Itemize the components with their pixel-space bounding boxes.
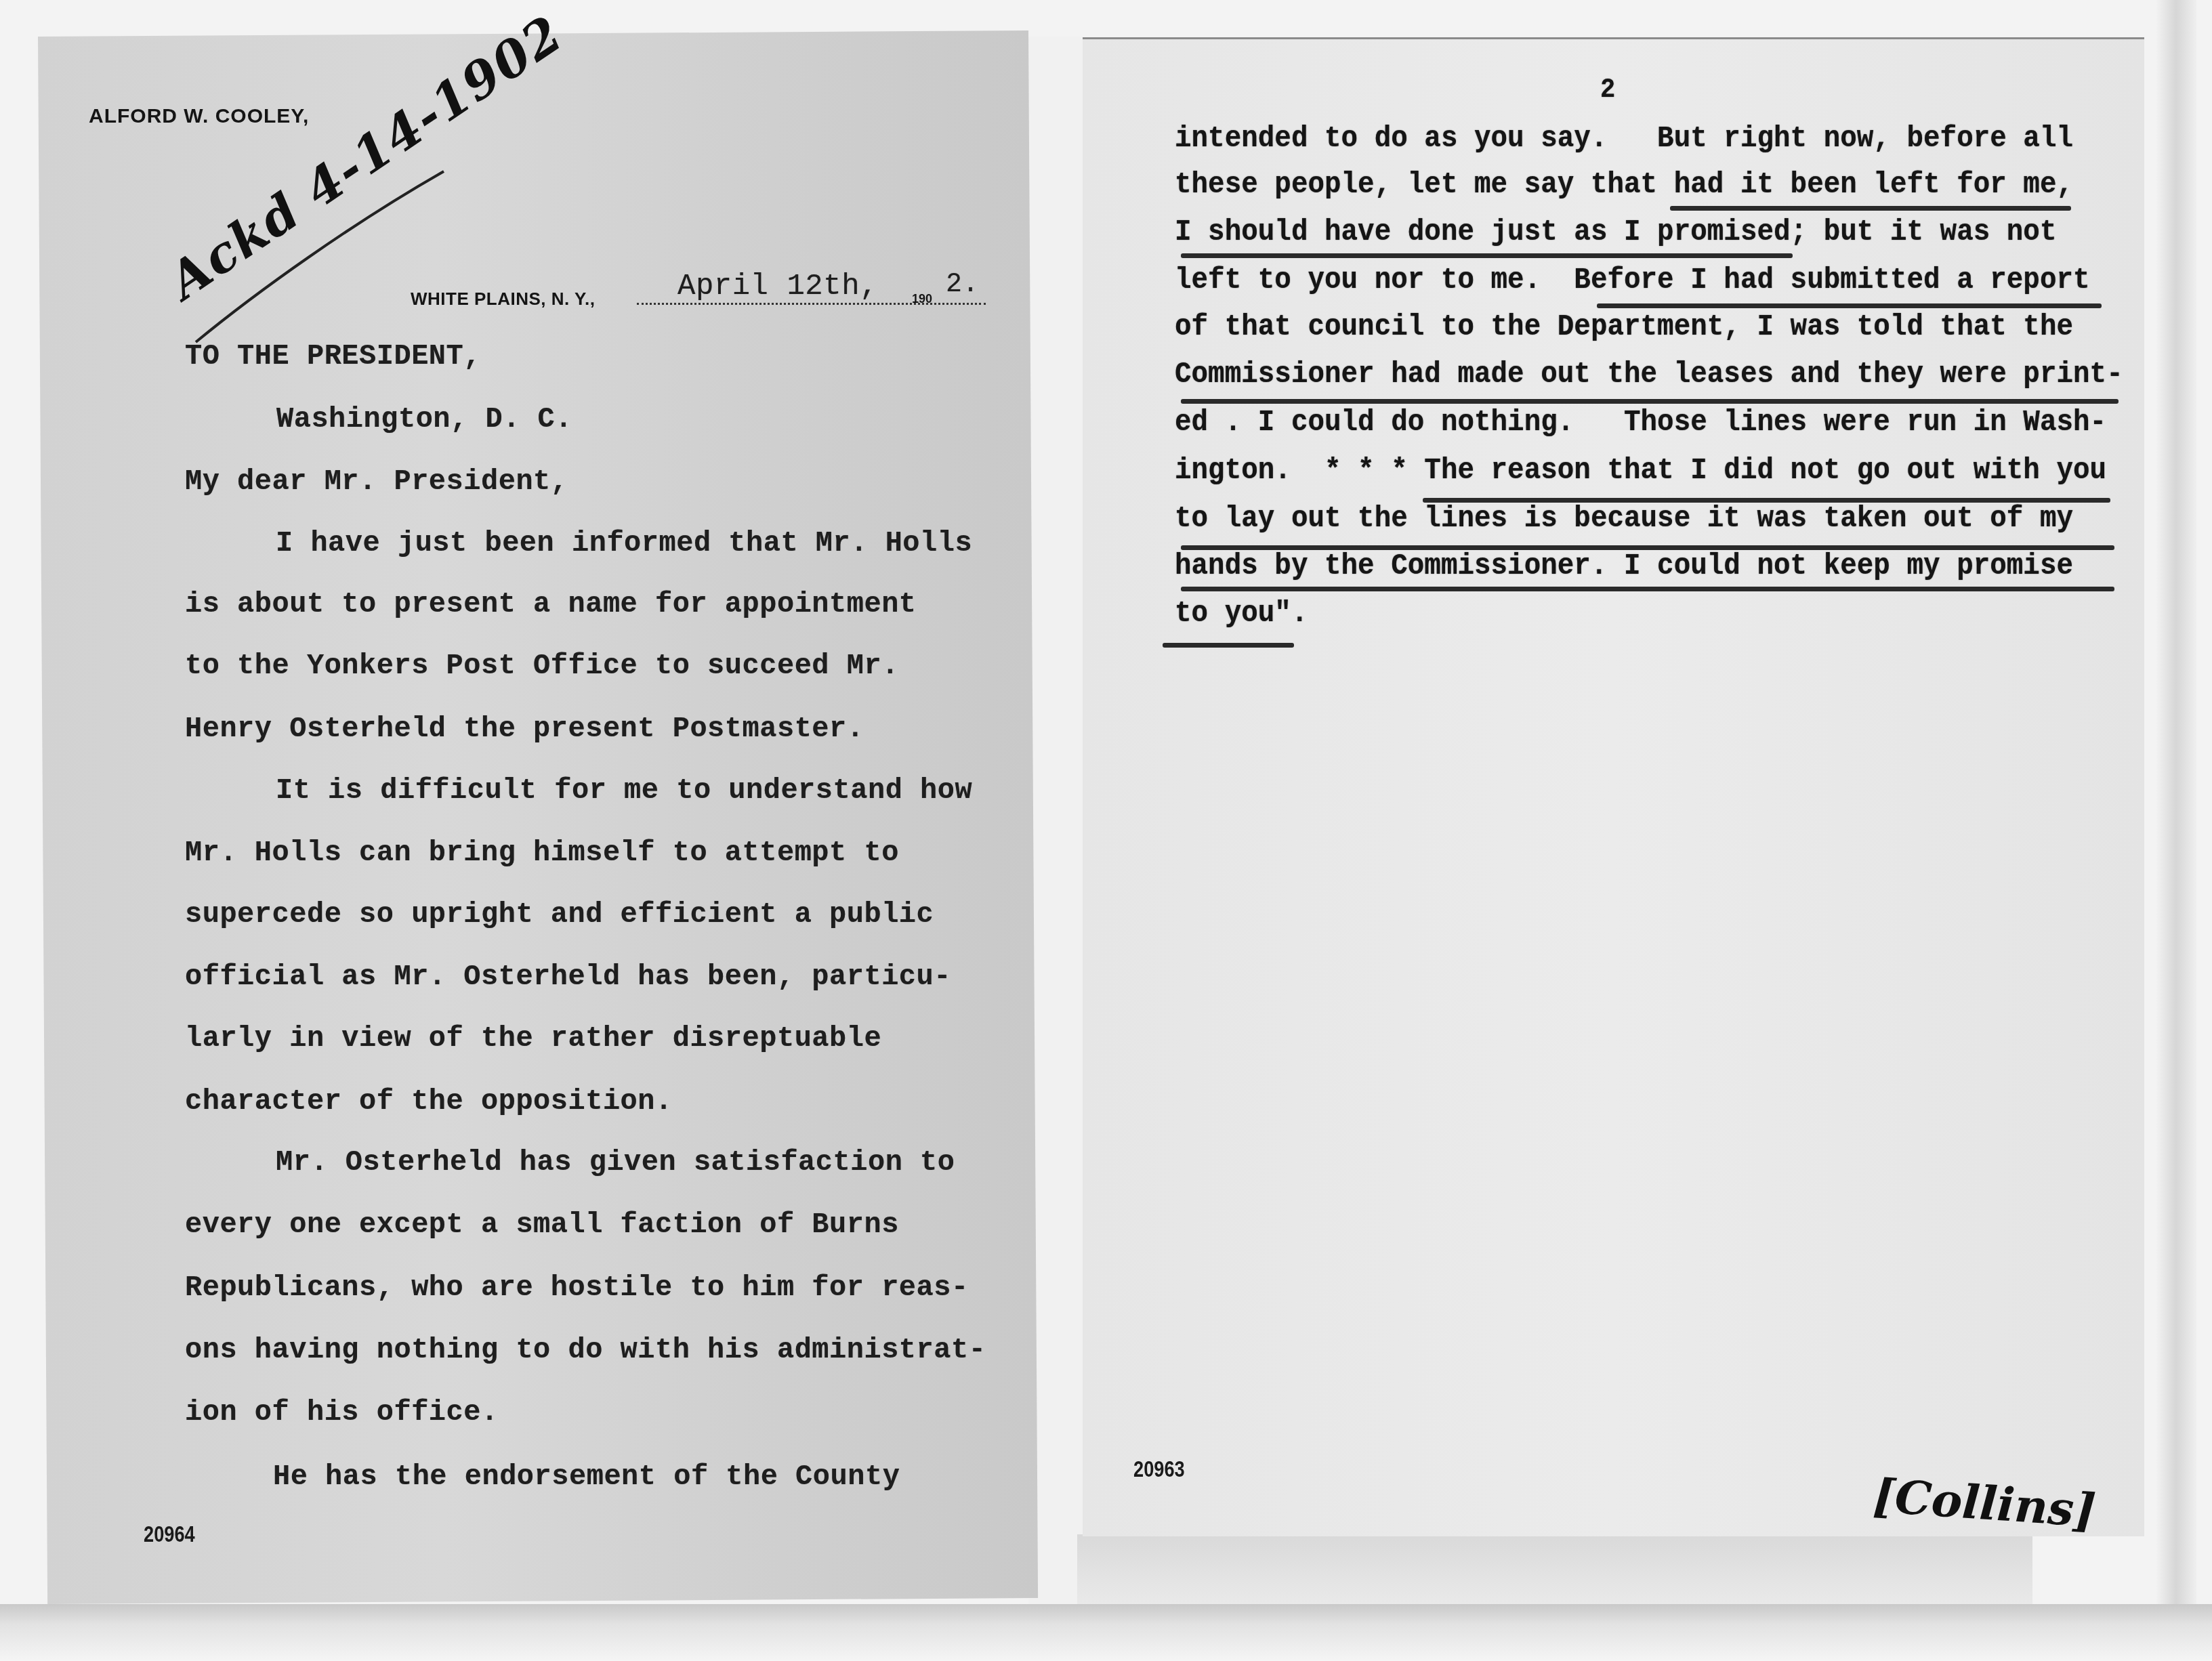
body-line: Mr. Osterheld has given satisfaction to [276,1148,955,1177]
body-line: ion of his office. [185,1398,499,1427]
underline-stroke [1181,399,2119,404]
underline-stroke [1181,545,2114,550]
underline-stroke [1163,643,1294,648]
recipient-city: Washington, D. C. [276,405,572,434]
recipient-title: TO THE PRESIDENT, [185,342,481,371]
body-line: these people, let me say that had it bee… [1175,170,2073,200]
document-number-left: 20964 [144,1521,195,1548]
body-line: Republicans, who are hostile to him for … [185,1274,969,1302]
letter-page-2 [1083,37,2144,1536]
body-line: intended to do as you say. But right now… [1175,124,2073,154]
body-line: hands by the Commissioner. I could not k… [1175,551,2073,581]
underline-stroke [1670,206,2071,211]
body-line: left to you nor to me. Before I had subm… [1175,266,2090,295]
body-line: ons having nothing to do with his admini… [185,1336,986,1364]
greeting: My dear Mr. President, [185,467,568,496]
year-prefix: 190 [912,292,932,306]
body-line: to the Yonkers Post Office to succeed Mr… [185,652,899,680]
document-number-right: 20963 [1133,1456,1185,1483]
underline-stroke [1597,303,2102,308]
underline-stroke [1181,587,2114,591]
body-line: Commissioner had made out the leases and… [1175,360,2123,390]
body-line: Mr. Holls can bring himself to attempt t… [185,839,899,867]
body-line: is about to present a name for appointme… [185,590,917,618]
body-line: Henry Osterheld the present Postmaster. [185,715,864,743]
body-line: to you". [1175,599,1308,629]
letter-date: April 12th, [677,272,878,301]
body-line: character of the opposition. [185,1087,673,1116]
body-line: It is difficult for me to understand how [276,776,972,805]
body-line: every one except a small faction of Burn… [185,1211,899,1239]
body-line: He has the endorsement of the County [273,1463,900,1491]
body-line: ed . I could do nothing. Those lines wer… [1175,408,2106,438]
place-label: WHITE PLAINS, N. Y., [411,289,595,310]
body-line: supercede so upright and efficient a pub… [185,900,934,929]
body-line: official as Mr. Osterheld has been, part… [185,963,951,991]
body-line: I should have done just as I promised; b… [1175,217,2056,247]
body-line: larly in view of the rather disreptuable [185,1024,881,1053]
underline-stroke [1423,498,2110,503]
body-line: ington. * * * The reason that I did not … [1175,456,2106,486]
body-line: to lay out the lines is because it was t… [1175,504,2073,534]
body-line: I have just been informed that Mr. Holls [276,529,972,558]
underline-stroke [1181,253,1793,258]
page-shadow-right [1077,1534,2032,1616]
year-suffix: 2. [946,271,979,299]
scanner-edge-strip [2156,0,2196,1661]
page-number: 2 [1600,76,1615,106]
page-shadow-bottom [0,1604,2212,1661]
body-line: of that council to the Department, I was… [1175,312,2073,342]
